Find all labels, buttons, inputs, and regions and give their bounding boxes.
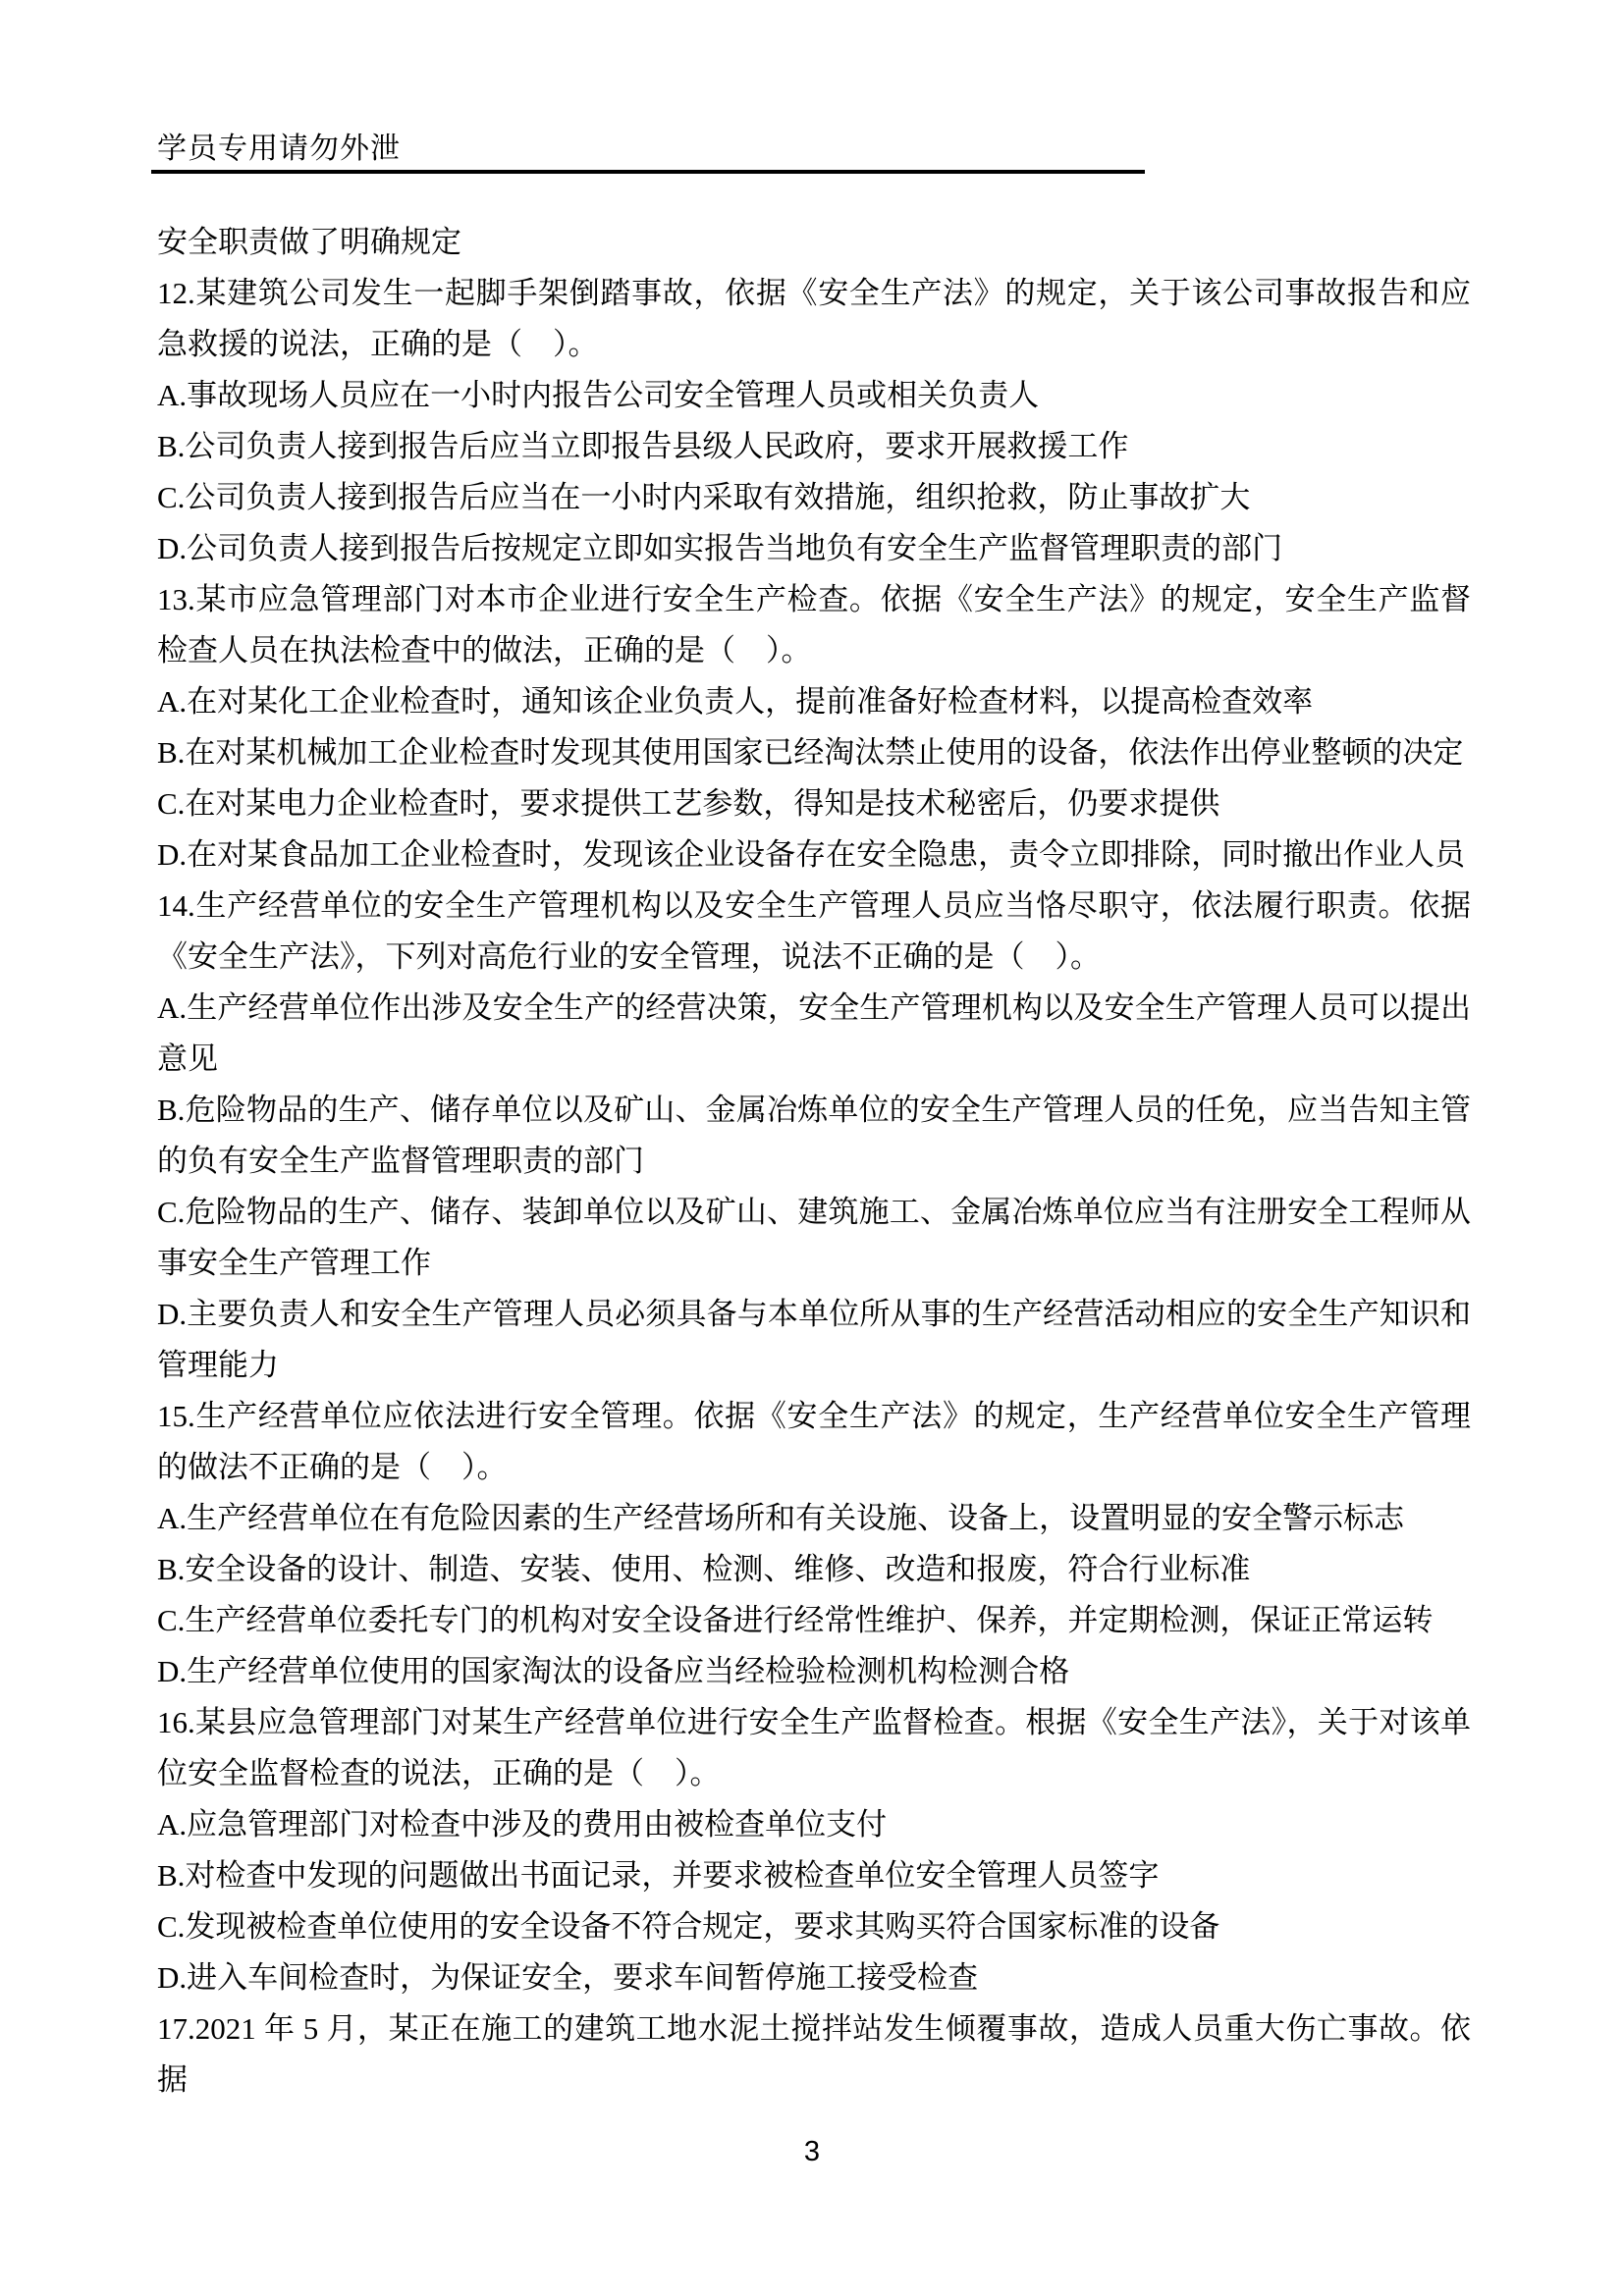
page-header: 学员专用请勿外泄 (157, 132, 1471, 174)
exam-body: 安全职责做了明确规定 12.某建筑公司发生一起脚手架倒踏事故，依据《安全生产法》… (157, 217, 1471, 2106)
question-13-stem: 13.某市应急管理部门对本市企业进行安全生产检查。依据《安全生产法》的规定，安全… (157, 574, 1471, 676)
question-13-option-b: B.在对某机械加工企业检查时发现其使用国家已经淘汰禁止使用的设备，依法作出停业整… (157, 727, 1471, 778)
question-15: 15.生产经营单位应依法进行安全管理。依据《安全生产法》的规定，生产经营单位安全… (157, 1391, 1471, 1697)
page-footer: 3 (0, 2132, 1624, 2171)
confidential-notice: 学员专用请勿外泄 (157, 132, 1471, 167)
question-14: 14.生产经营单位的安全生产管理机构以及安全生产管理人员应当恪尽职守，依法履行职… (157, 881, 1471, 1391)
header-divider (151, 170, 1145, 174)
question-15-option-c: C.生产经营单位委托专门的机构对安全设备进行经常性维护、保养，并定期检测，保证正… (157, 1595, 1471, 1646)
question-12-option-a: A.事故现场人员应在一小时内报告公司安全管理人员或相关负责人 (157, 370, 1471, 421)
question-16-option-b: B.对检查中发现的问题做出书面记录，并要求被检查单位安全管理人员签字 (157, 1850, 1471, 1901)
question-17: 17.2021 年 5 月，某正在施工的建筑工地水泥土搅拌站发生倾覆事故，造成人… (157, 2003, 1471, 2106)
question-13-option-a: A.在对某化工企业检查时，通知该企业负责人，提前准备好检查材料，以提高检查效率 (157, 676, 1471, 727)
question-12-stem: 12.某建筑公司发生一起脚手架倒踏事故，依据《安全生产法》的规定，关于该公司事故… (157, 268, 1471, 370)
intro-line: 安全职责做了明确规定 (157, 217, 1471, 268)
question-15-stem: 15.生产经营单位应依法进行安全管理。依据《安全生产法》的规定，生产经营单位安全… (157, 1391, 1471, 1493)
document-page: 学员专用请勿外泄 安全职责做了明确规定 12.某建筑公司发生一起脚手架倒踏事故，… (0, 0, 1624, 2296)
question-15-option-d: D.生产经营单位使用的国家淘汰的设备应当经检验检测机构检测合格 (157, 1646, 1471, 1697)
question-14-stem: 14.生产经营单位的安全生产管理机构以及安全生产管理人员应当恪尽职守，依法履行职… (157, 881, 1471, 983)
question-16-option-d: D.进入车间检查时，为保证安全，要求车间暂停施工接受检查 (157, 1952, 1471, 2003)
question-14-option-b: B.危险物品的生产、储存单位以及矿山、金属冶炼单位的安全生产管理人员的任免，应当… (157, 1085, 1471, 1187)
question-12-option-b: B.公司负责人接到报告后应当立即报告县级人民政府，要求开展救援工作 (157, 421, 1471, 472)
question-15-option-b: B.安全设备的设计、制造、安装、使用、检测、维修、改造和报废，符合行业标准 (157, 1544, 1471, 1595)
question-13: 13.某市应急管理部门对本市企业进行安全生产检查。依据《安全生产法》的规定，安全… (157, 574, 1471, 881)
question-13-option-c: C.在对某电力企业检查时，要求提供工艺参数，得知是技术秘密后，仍要求提供 (157, 778, 1471, 829)
question-14-option-c: C.危险物品的生产、储存、装卸单位以及矿山、建筑施工、金属冶炼单位应当有注册安全… (157, 1187, 1471, 1289)
question-13-option-d: D.在对某食品加工企业检查时，发现该企业设备存在安全隐患，责令立即排除，同时撤出… (157, 829, 1471, 881)
question-17-stem: 17.2021 年 5 月，某正在施工的建筑工地水泥土搅拌站发生倾覆事故，造成人… (157, 2003, 1471, 2106)
question-16-option-c: C.发现被检查单位使用的安全设备不符合规定，要求其购买符合国家标准的设备 (157, 1901, 1471, 1952)
question-12: 12.某建筑公司发生一起脚手架倒踏事故，依据《安全生产法》的规定，关于该公司事故… (157, 268, 1471, 574)
question-12-option-d: D.公司负责人接到报告后按规定立即如实报告当地负有安全生产监督管理职责的部门 (157, 523, 1471, 574)
question-16-stem: 16.某县应急管理部门对某生产经营单位进行安全生产监督检查。根据《安全生产法》，… (157, 1697, 1471, 1799)
question-15-option-a: A.生产经营单位在有危险因素的生产经营场所和有关设施、设备上，设置明显的安全警示… (157, 1493, 1471, 1544)
page-number: 3 (804, 2136, 820, 2167)
question-12-option-c: C.公司负责人接到报告后应当在一小时内采取有效措施，组织抢救，防止事故扩大 (157, 472, 1471, 523)
question-16-option-a: A.应急管理部门对检查中涉及的费用由被检查单位支付 (157, 1799, 1471, 1850)
question-14-option-a: A.生产经营单位作出涉及安全生产的经营决策，安全生产管理机构以及安全生产管理人员… (157, 983, 1471, 1085)
question-14-option-d: D.主要负责人和安全生产管理人员必须具备与本单位所从事的生产经营活动相应的安全生… (157, 1289, 1471, 1391)
question-16: 16.某县应急管理部门对某生产经营单位进行安全生产监督检查。根据《安全生产法》，… (157, 1697, 1471, 2003)
